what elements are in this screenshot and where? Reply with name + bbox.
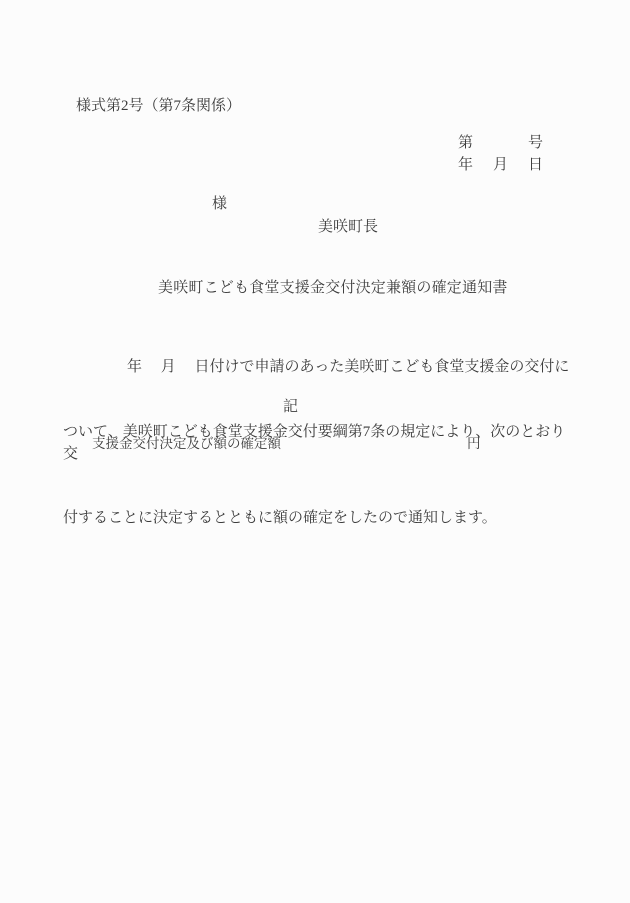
- document-page: 様式第2号（第7条関係） 第号 年月日 様 美咲町長 美咲町こども食堂支援金交付…: [0, 0, 630, 903]
- document-title: 美咲町こども食堂支援金交付決定兼額の確定通知書: [158, 276, 508, 297]
- date-month-label: 月: [493, 157, 508, 173]
- date-line: 年月日: [443, 136, 543, 191]
- body-line: 年 月 日付けで申請のあった美咲町こども食堂支援金の交付に: [63, 357, 575, 379]
- date-month-blank: [508, 168, 528, 169]
- amount-label: 支援金交付決定及び額の確定額: [92, 432, 281, 452]
- form-number: 様式第2号（第7条関係）: [76, 94, 241, 115]
- date-year-label: 年: [458, 157, 473, 173]
- amount-unit: 円: [467, 432, 481, 452]
- body-line: 付することに決定するとともに額の確定をしたので通知します。: [63, 508, 575, 530]
- date-year-blank: [473, 168, 493, 169]
- note-marker: 記: [283, 395, 298, 416]
- addressee-line: 様: [197, 175, 227, 230]
- sender-name: 美咲町長: [318, 215, 378, 236]
- addressee-honorific: 様: [212, 196, 227, 212]
- date-day-label: 日: [528, 157, 543, 173]
